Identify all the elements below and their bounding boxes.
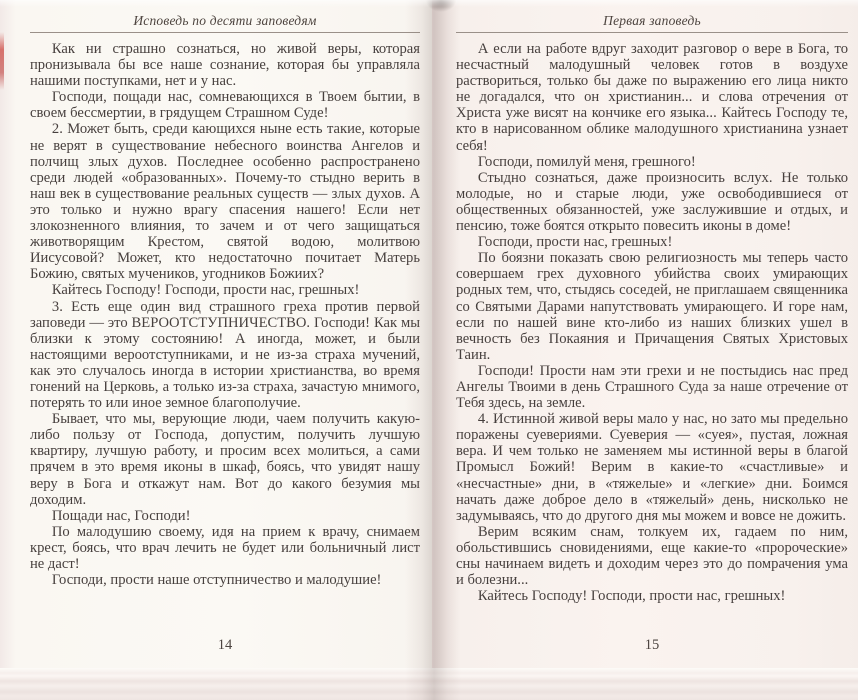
page-left-text-column: Исповедь по десяти заповедям Как ни стра… bbox=[30, 0, 420, 668]
running-header-right: Первая заповедь bbox=[456, 13, 848, 29]
paragraph: По малодушию своему, идя на прием к врач… bbox=[30, 524, 420, 572]
paragraph: 2. Может быть, среди кающихся ныне есть … bbox=[30, 121, 420, 282]
header-rule-left bbox=[30, 32, 420, 33]
paragraph: Пощади нас, Господи! bbox=[30, 508, 420, 524]
paragraph: Господи, пощади нас, сомневающихся в Тво… bbox=[30, 89, 420, 121]
paragraph: А если на работе вдруг заходит разговор … bbox=[456, 41, 848, 154]
red-cover-edge bbox=[0, 32, 4, 90]
page-left: Исповедь по десяти заповедям Как ни стра… bbox=[0, 0, 432, 668]
paragraph: Господи, прости нас, грешных! bbox=[456, 234, 848, 250]
paragraph: Господи, прости наше отступничество и ма… bbox=[30, 572, 420, 588]
paragraph: Господи, помилуй меня, грешного! bbox=[456, 154, 848, 170]
paragraph: 4. Истинной живой веры мало у нас, но за… bbox=[456, 411, 848, 524]
page-right-text-column: Первая заповедь А если на работе вдруг з… bbox=[456, 0, 848, 668]
paragraph: Верим всяким снам, толкуем их, гадаем по… bbox=[456, 524, 848, 588]
paragraph: Бывает, что мы, верующие люди, чаем полу… bbox=[30, 411, 420, 508]
page-left-body: Как ни страшно сознаться, но живой веры,… bbox=[30, 41, 420, 588]
page-right-body: А если на работе вдруг заходит разговор … bbox=[456, 41, 848, 604]
page-number-right: 15 bbox=[456, 637, 848, 654]
paragraph: 3. Есть еще один вид страшного греха про… bbox=[30, 299, 420, 412]
paragraph: Как ни страшно сознаться, но живой веры,… bbox=[30, 41, 420, 89]
stacked-page-edges bbox=[0, 668, 858, 700]
paragraph: Кайтесь Господу! Господи, прости нас, гр… bbox=[456, 588, 848, 604]
page-number-left: 14 bbox=[30, 637, 420, 654]
paragraph: Кайтесь Господу! Господи, прости нас, гр… bbox=[30, 282, 420, 298]
paragraph: Господи! Прости нам эти грехи и не посты… bbox=[456, 363, 848, 411]
paragraph: По боязни показать свою религиозность мы… bbox=[456, 250, 848, 363]
book-spread-scan: Исповедь по десяти заповедям Как ни стра… bbox=[0, 0, 858, 700]
header-rule-right bbox=[456, 32, 848, 33]
running-header-left: Исповедь по десяти заповедям bbox=[30, 13, 420, 29]
paragraph: Стыдно сознаться, даже произносить вслух… bbox=[456, 170, 848, 234]
page-right: Первая заповедь А если на работе вдруг з… bbox=[432, 0, 858, 668]
